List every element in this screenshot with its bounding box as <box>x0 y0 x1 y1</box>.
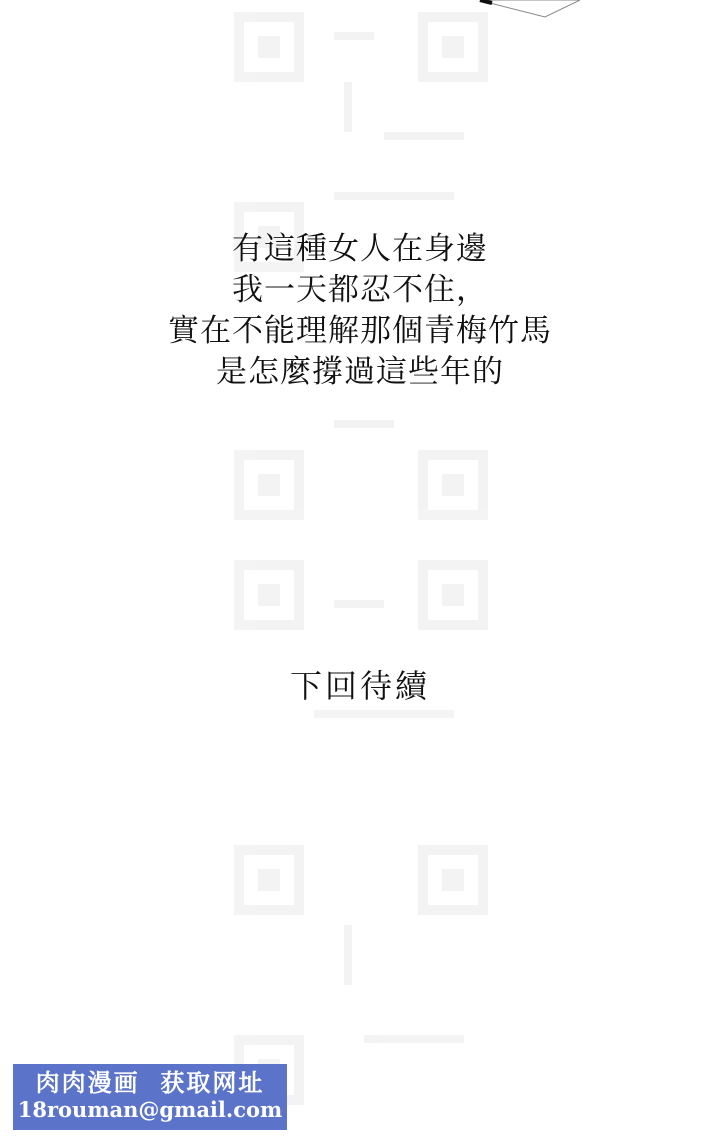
caption-line: 是怎麼撐過這些年的 <box>0 352 720 393</box>
banner-email: 18rouman@gmail.com <box>13 1097 287 1123</box>
caption-line: 我一天都忍不住， <box>0 270 720 311</box>
caption-text: 有這種女人在身邊 我一天都忍不住， 實在不能理解那個青梅竹馬 是怎麼撐過這些年的 <box>0 229 720 393</box>
watermark-banner: 肉肉漫画 获取网址 18rouman@gmail.com <box>13 1064 287 1130</box>
panel-edge-line-art <box>470 0 590 22</box>
caption-line: 有這種女人在身邊 <box>0 229 720 270</box>
banner-title: 肉肉漫画 获取网址 <box>13 1069 287 1097</box>
to-be-continued-label: 下回待續 <box>0 666 720 707</box>
caption-line: 實在不能理解那個青梅竹馬 <box>0 311 720 352</box>
